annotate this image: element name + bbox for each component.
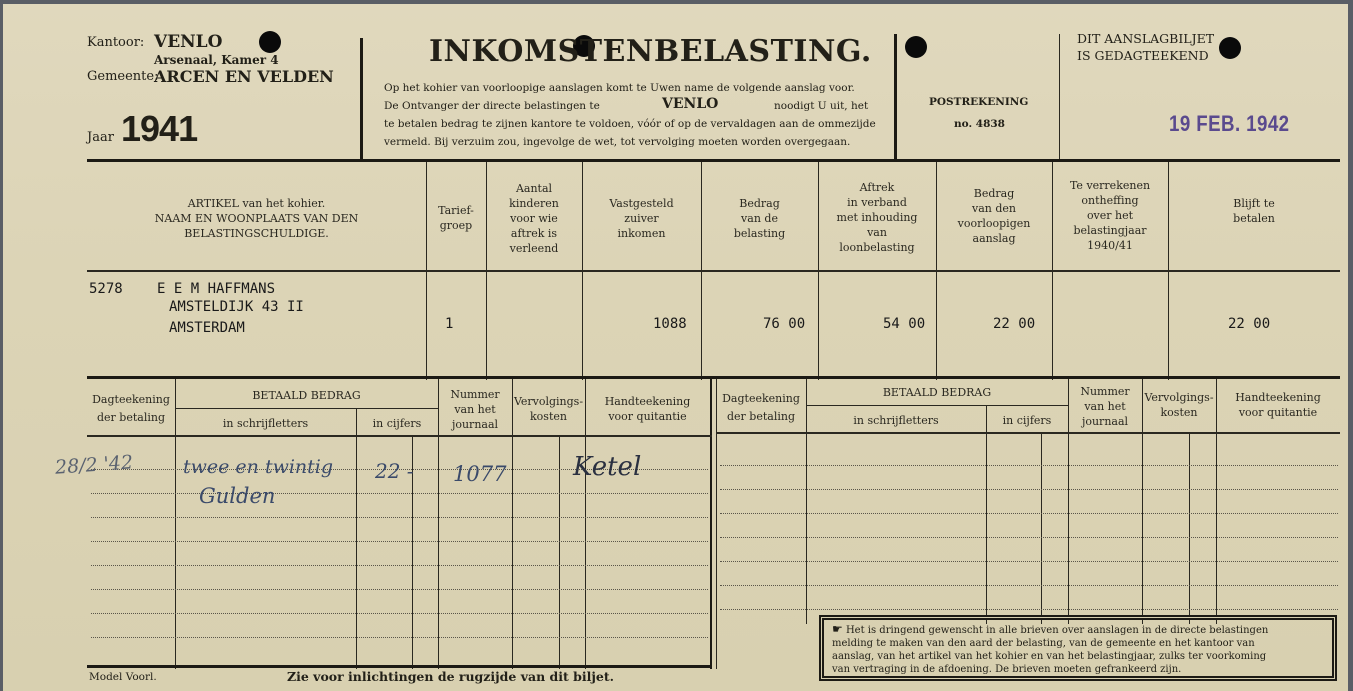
col-header-tariefgroep: Tarief-groep [426,203,486,233]
ruled-line [720,465,1338,466]
voorloopig-value: 22 00 [993,316,1035,332]
divider [894,34,897,160]
col-header-betaald-bedrag: BETAALD BEDRAG [175,388,438,403]
belasting-value: 76 00 [763,316,805,332]
col-header-kosten: Vervolgings-kosten [512,394,585,424]
model-label: Model Voorl. [89,671,157,683]
jaar-value: 1941 [121,108,197,150]
page-title: INKOMSTENBELASTING. [429,34,872,69]
punch-hole [1219,37,1241,59]
col-header-ontheffing: Te verrekenenontheffingover hetbelasting… [1052,178,1168,253]
divider [87,665,712,668]
col-rule [356,408,357,669]
col-header-journaal: Nummervan hetjournaal [438,387,512,432]
ruled-line [91,517,708,518]
intro-line-1: Op het kohier van voorloopige aanslagen … [384,79,879,97]
ruled-line [720,561,1338,562]
kantoor-label: Kantoor: [87,35,144,50]
col-header-dagteekening: Dagteekeningder betaling [87,391,175,427]
col-header-dagteekening: Dagteekeningder betaling [716,390,806,426]
payment-amount-words-1: twee en twintig [183,456,333,478]
payment-amount-words-2: Gulden [199,484,275,508]
ruled-line [91,613,708,614]
kantoor-value: VENLO [154,32,222,52]
col-header-handteekening: Handteekeningvoor quitantie [1216,390,1340,420]
divider [87,159,1340,162]
col-header-kinderen: Aantalkinderenvoor wieaftrek isverleend [486,181,582,256]
col-header-betaald-bedrag: BETAALD BEDRAG [806,385,1068,400]
inkomen-value: 1088 [653,316,687,332]
aftrek-value: 54 00 [883,316,925,332]
ruled-line [720,513,1338,514]
pointing-hand-icon: ☛ [832,622,843,636]
punch-hole [259,31,281,53]
col-header-belasting: Bedragvan debelasting [701,196,818,241]
ruled-line [91,589,708,590]
blijft-value: 22 00 [1228,316,1270,332]
ruled-line [91,565,708,566]
journal-number: 1077 [453,462,506,486]
tax-assessment-form: Kantoor: VENLO Arsenaal, Kamer 4 Gemeent… [3,4,1348,691]
intro-line-2a: De Ontvanger der directe belastingen te [384,100,600,112]
col-header-journaal: Nummervan hetjournaal [1068,384,1142,429]
col-header-blijft: Blijft tebetalen [1168,196,1340,226]
ruled-line [91,541,708,542]
col-header-voorloopig: Bedragvan denvoorloopigenaanslag [936,186,1052,246]
jaar-label: Jaar [87,130,114,145]
col-rule [710,379,712,669]
dated-label: DIT AANSLAGBILJET IS GEDAGTEEKEND [1077,30,1214,64]
tariefgroep-value: 1 [445,316,453,332]
gemeente-label: Gemeente: [87,69,158,84]
col-header-artikel: ARTIKEL van het kohier.NAAM EN WOONPLAAT… [87,196,426,241]
intro-text: Op het kohier van voorloopige aanslagen … [384,79,879,151]
ruled-line [91,493,708,494]
col-header-cijfers: in cijfers [986,413,1068,428]
artikel-number: 5278 [89,281,123,297]
taxpayer-city: AMSTERDAM [169,320,245,336]
row-rule [716,432,1340,434]
date-stamp: 19 FEB. 1942 [1169,111,1289,137]
intro-line-4: vermeld. Bij verzuim zou, ingevolge de w… [384,133,879,151]
row-rule [87,435,712,437]
intro-line-3: te betalen bedrag te zijnen kantore te v… [384,115,879,133]
receipt-signature: Ketel [573,452,641,482]
payment-amount-figures: 22 - [375,459,414,483]
col-rule [1041,434,1042,624]
col-rule [1189,434,1190,624]
notice-box: ☛ Het is dringend gewenscht in alle brie… [822,618,1334,678]
footer-note: Zie voor inlichtingen de rugzijde van di… [287,669,614,684]
ruled-line [91,637,708,638]
ruled-line [720,489,1338,490]
ruled-line [720,585,1338,586]
kantoor-address: Arsenaal, Kamer 4 [154,53,279,67]
col-header-kosten: Vervolgings-kosten [1142,390,1216,420]
col-rule [986,405,987,624]
taxpayer-address: AMSTELDIJK 43 II [169,299,304,315]
col-rule [559,436,560,669]
col-header-aftrek: Aftrekin verbandmet inhoudingvanloonbela… [818,180,936,255]
col-header-cijfers: in cijfers [356,416,438,431]
row-rule [175,408,438,409]
divider [1059,34,1060,160]
divider [87,376,1340,379]
ruled-line [720,537,1338,538]
divider [360,38,363,160]
taxpayer-name: E E M HAFFMANS [157,281,275,297]
col-header-schrijfletters: in schrijfletters [175,416,356,431]
row-rule [806,405,1068,406]
intro-line-2b: noodigt U uit, het [774,97,868,115]
payment-date: 28/2 '42 [54,451,133,478]
gemeente-value: ARCEN EN VELDEN [154,67,334,86]
col-header-handteekening: Handteekeningvoor quitantie [585,394,710,424]
col-header-schrijfletters: in schrijfletters [806,413,986,428]
ruled-line [720,609,1338,610]
col-header-inkomen: Vastgesteldzuiverinkomen [582,196,701,241]
punch-hole [905,36,927,58]
intro-city: VENLO [662,95,718,113]
postrekening-label: POSTREKENING [929,96,1028,108]
postrekening-number: no. 4838 [954,118,1005,130]
row-rule [87,270,1340,272]
